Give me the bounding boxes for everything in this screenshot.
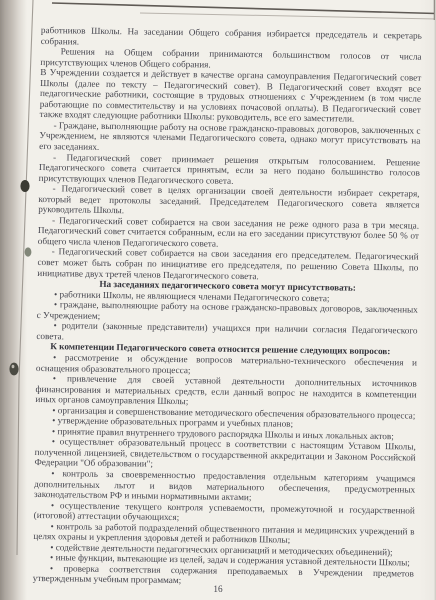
binding-crease-line [17, 0, 33, 555]
scanned-page: работников Школы. На заседании Общего со… [0, 0, 436, 600]
bullet-item: • привлечение для своей уставной деятель… [35, 373, 416, 410]
bullet-item: • контроль за своевременностью предостав… [34, 468, 415, 505]
ink-blob-bottom-highlight [12, 365, 15, 369]
paragraph: В Учреждении создается и действует в кач… [40, 67, 422, 125]
page-top-edge-line [52, 3, 436, 14]
page-number: 16 [0, 584, 436, 594]
page-top-edge-shadow [140, 13, 436, 19]
dash-item: - Педагогический совет собирается на сво… [37, 246, 418, 283]
ink-blob-top [20, 180, 29, 192]
ink-blob-bottom [9, 363, 18, 376]
page-text: работников Школы. На заседании Общего со… [33, 25, 422, 590]
dash-item: - Граждане, выполняющие работу на основе… [39, 120, 420, 157]
ink-blob-middle [25, 247, 32, 256]
